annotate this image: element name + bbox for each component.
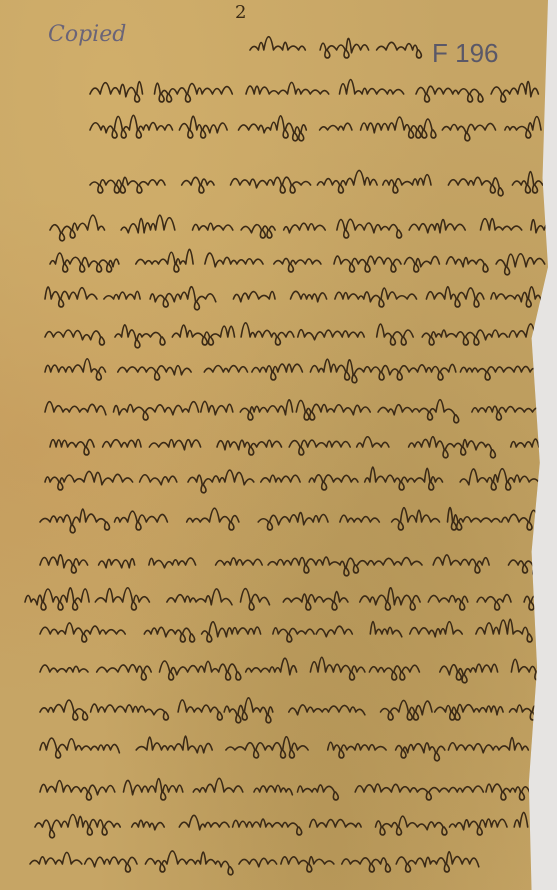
manuscript-line — [0, 612, 548, 652]
manuscript-line — [0, 163, 548, 203]
manuscript-line — [0, 315, 548, 355]
manuscript-line — [0, 770, 548, 810]
manuscript-line — [0, 242, 548, 282]
manuscript-page: Copied 2 F 196 — [0, 0, 548, 890]
manuscript-line — [0, 72, 548, 112]
manuscript-line — [0, 500, 548, 540]
manuscript-line — [0, 350, 548, 390]
page-number: 2 — [235, 2, 246, 23]
manuscript-line — [0, 805, 548, 845]
manuscript-line — [0, 460, 548, 500]
manuscript-line — [0, 108, 548, 148]
manuscript-line — [0, 390, 548, 430]
manuscript-line — [0, 28, 548, 68]
manuscript-line — [0, 690, 548, 730]
manuscript-line — [0, 277, 548, 317]
manuscript-line — [0, 842, 548, 882]
manuscript-line — [0, 650, 548, 690]
manuscript-line — [0, 425, 548, 465]
manuscript-line — [0, 543, 548, 583]
manuscript-line — [0, 728, 548, 768]
